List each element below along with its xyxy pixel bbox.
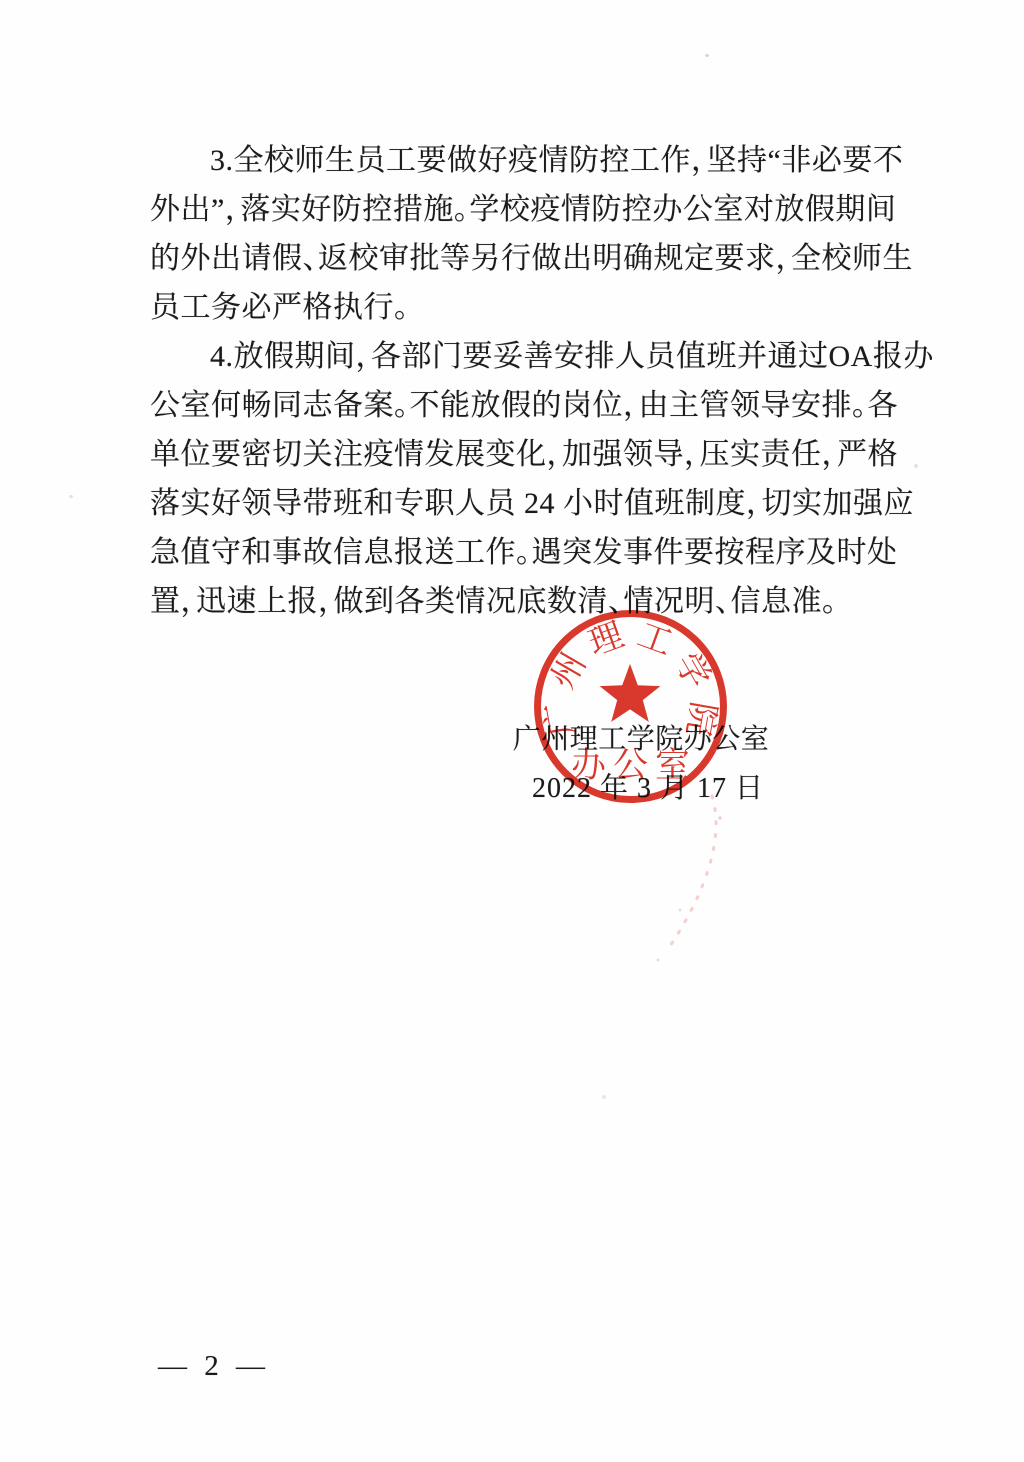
text-line: 外出”，落实好防控措施。学校疫情防控办公室对放假期间 bbox=[150, 185, 950, 234]
page-number: — 2 — bbox=[158, 1350, 267, 1383]
text-line: 4.放假期间，各部门要妥善安排人员值班并通过OA报办 bbox=[150, 332, 950, 381]
seal-ring-char: 院 bbox=[679, 699, 722, 739]
text-line: 员工务必严格执行。 bbox=[150, 283, 950, 332]
scan-speck bbox=[69, 495, 73, 498]
seal-graphic: 广州理工学院 办公室 bbox=[538, 614, 724, 800]
text-line: 单位要密切关注疫情发展变化，加强领导，压实责任，严格 bbox=[150, 430, 950, 479]
scan-speck bbox=[705, 54, 709, 57]
text-line: 落实好领导带班和专职人员 24 小时值班制度，切实加强应 bbox=[150, 479, 950, 528]
text-line: 3.全校师生员工要做好疫情防控工作，坚持“非必要不 bbox=[150, 136, 950, 185]
star-icon bbox=[600, 664, 661, 722]
text-line: 急值守和事故信息报送工作。遇突发事件要按程序及时处 bbox=[150, 528, 950, 577]
scan-speck bbox=[602, 1095, 606, 1099]
document-body: 3.全校师生员工要做好疫情防控工作，坚持“非必要不 外出”，落实好防控措施。学校… bbox=[150, 136, 950, 626]
seal-center-text: 办公室 bbox=[571, 746, 697, 785]
seal-ring-char: 广 bbox=[538, 699, 581, 739]
scan-speck bbox=[914, 464, 918, 468]
text-line: 公室何畅同志备案。不能放假的岗位，由主管领导安排。各 bbox=[150, 381, 950, 430]
document-page: 3.全校师生员工要做好疫情防控工作，坚持“非必要不 外出”，落实好防控措施。学校… bbox=[0, 0, 1024, 1462]
text-line: 的外出请假、返校审批等另行做出明确规定要求，全校师生 bbox=[150, 234, 950, 283]
official-seal: 广州理工学院 办公室 bbox=[518, 594, 743, 819]
